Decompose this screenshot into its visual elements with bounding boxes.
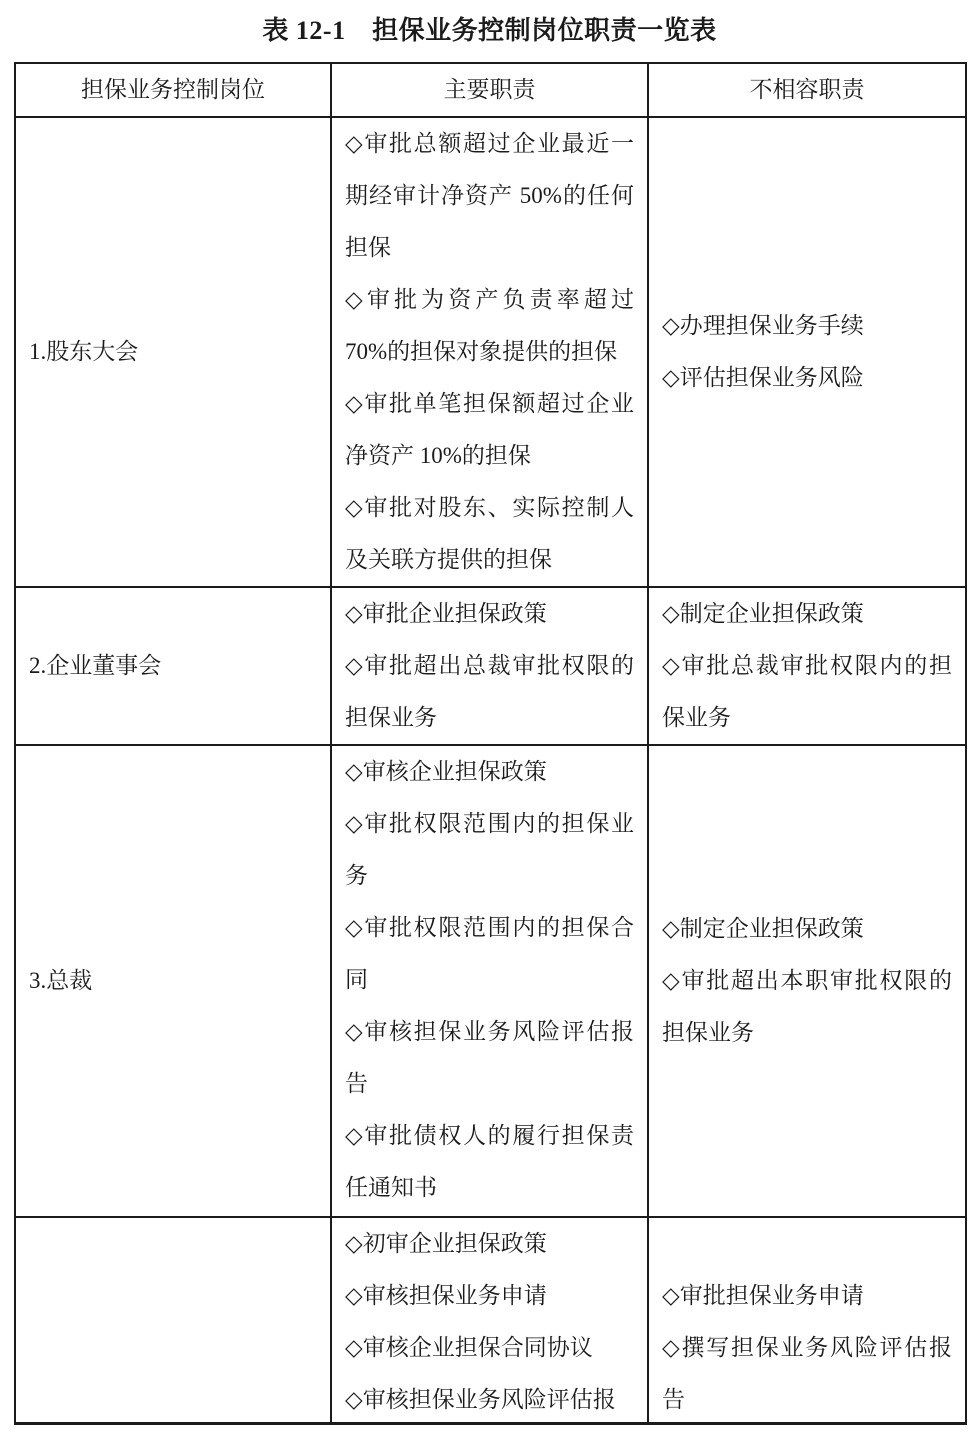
table-row-president: 3.总裁 ◇审核企业担保政策 ◇审批权限范围内的担保业务 ◇审批权限范围内的担保… bbox=[15, 745, 966, 1217]
column-header-main-duties: 主要职责 bbox=[331, 63, 648, 117]
duty-item: ◇审批权限范围内的担保合同 bbox=[345, 902, 634, 1006]
table-row-shareholders-meeting: 1.股东大会 ◇审批总额超过企业最近一期经审计净资产 50%的任何担保 ◇审批为… bbox=[15, 117, 966, 587]
table-row-board-of-directors: 2.企业董事会 ◇审批企业担保政策 ◇审批超出总裁审批权限的担保业务 ◇制定企业… bbox=[15, 587, 966, 745]
incompatible-duties-cell: ◇审批担保业务申请 ◇撰写担保业务风险评估报告 bbox=[648, 1217, 966, 1423]
main-duties-cell: ◇初审企业担保政策 ◇审核担保业务申请 ◇审核企业担保合同协议 ◇审核担保业务风… bbox=[331, 1217, 648, 1423]
duty-item: ◇审批对股东、实际控制人及关联方提供的担保 bbox=[345, 482, 634, 586]
duty-item: ◇审核企业担保合同协议 bbox=[345, 1322, 634, 1374]
incompatible-duties-cell: ◇制定企业担保政策 ◇审批超出本职审批权限的担保业务 bbox=[648, 745, 966, 1217]
duty-item: ◇办理担保业务手续 bbox=[662, 300, 952, 352]
duty-item: ◇审批单笔担保额超过企业净资产 10%的担保 bbox=[345, 378, 634, 482]
duty-item: ◇审核担保业务风险评估报告 bbox=[345, 1006, 634, 1110]
position-cell: 2.企业董事会 bbox=[15, 587, 331, 745]
header-row: 担保业务控制岗位 主要职责 不相容职责 bbox=[15, 63, 966, 117]
position-cell: 3.总裁 bbox=[15, 745, 331, 1217]
duty-item: ◇制定企业担保政策 bbox=[662, 903, 952, 955]
duty-item: ◇审批债权人的履行担保责任通知书 bbox=[345, 1110, 634, 1214]
duty-item: ◇审批超出总裁审批权限的担保业务 bbox=[345, 640, 634, 744]
column-header-position: 担保业务控制岗位 bbox=[15, 63, 331, 117]
main-duties-cell: ◇审批企业担保政策 ◇审批超出总裁审批权限的担保业务 bbox=[331, 587, 648, 745]
duty-item: ◇审批总额超过企业最近一期经审计净资产 50%的任何担保 bbox=[345, 118, 634, 274]
duty-item: ◇审批担保业务申请 bbox=[662, 1270, 952, 1322]
duty-item: ◇审核企业担保政策 bbox=[345, 746, 634, 798]
clipped-content: ◇审批担保业务申请 ◇撰写担保业务风险评估报告 bbox=[662, 1218, 952, 1420]
incompatible-duties-cell: ◇办理担保业务手续 ◇评估担保业务风险 bbox=[648, 117, 966, 587]
duty-item: ◇审核担保业务风险评估报 bbox=[345, 1374, 634, 1420]
duty-item: ◇审批企业担保政策 bbox=[345, 588, 634, 640]
position-cell-empty bbox=[15, 1217, 331, 1423]
main-duties-cell: ◇审批总额超过企业最近一期经审计净资产 50%的任何担保 ◇审批为资产负责率超过… bbox=[331, 117, 648, 587]
duty-item: ◇审核担保业务申请 bbox=[345, 1270, 634, 1322]
incompatible-duties-cell: ◇制定企业担保政策 ◇审批总裁审批权限内的担保业务 bbox=[648, 587, 966, 745]
clipped-content: ◇初审企业担保政策 ◇审核担保业务申请 ◇审核企业担保合同协议 ◇审核担保业务风… bbox=[345, 1218, 634, 1420]
table-caption: 表 12-1 担保业务控制岗位职责一览表 bbox=[0, 10, 979, 47]
responsibility-table: 担保业务控制岗位 主要职责 不相容职责 1.股东大会 ◇审批总额超过企业最近一期… bbox=[14, 62, 967, 1425]
main-duties-cell: ◇审核企业担保政策 ◇审批权限范围内的担保业务 ◇审批权限范围内的担保合同 ◇审… bbox=[331, 745, 648, 1217]
duty-item: ◇审批超出本职审批权限的担保业务 bbox=[662, 955, 952, 1059]
position-cell: 1.股东大会 bbox=[15, 117, 331, 587]
duty-item: ◇初审企业担保政策 bbox=[345, 1218, 634, 1270]
duty-item: ◇制定企业担保政策 bbox=[662, 588, 952, 640]
duty-item: ◇审批总裁审批权限内的担保业务 bbox=[662, 640, 952, 744]
column-header-incompatible-duties: 不相容职责 bbox=[648, 63, 966, 117]
duty-item: ◇评估担保业务风险 bbox=[662, 352, 952, 404]
table-row-truncated: ◇初审企业担保政策 ◇审核担保业务申请 ◇审核企业担保合同协议 ◇审核担保业务风… bbox=[15, 1217, 966, 1423]
duty-item: ◇审批权限范围内的担保业务 bbox=[345, 798, 634, 902]
duty-item: ◇审批为资产负责率超过 70%的担保对象提供的担保 bbox=[345, 274, 634, 378]
duty-item: ◇撰写担保业务风险评估报告 bbox=[662, 1322, 952, 1420]
